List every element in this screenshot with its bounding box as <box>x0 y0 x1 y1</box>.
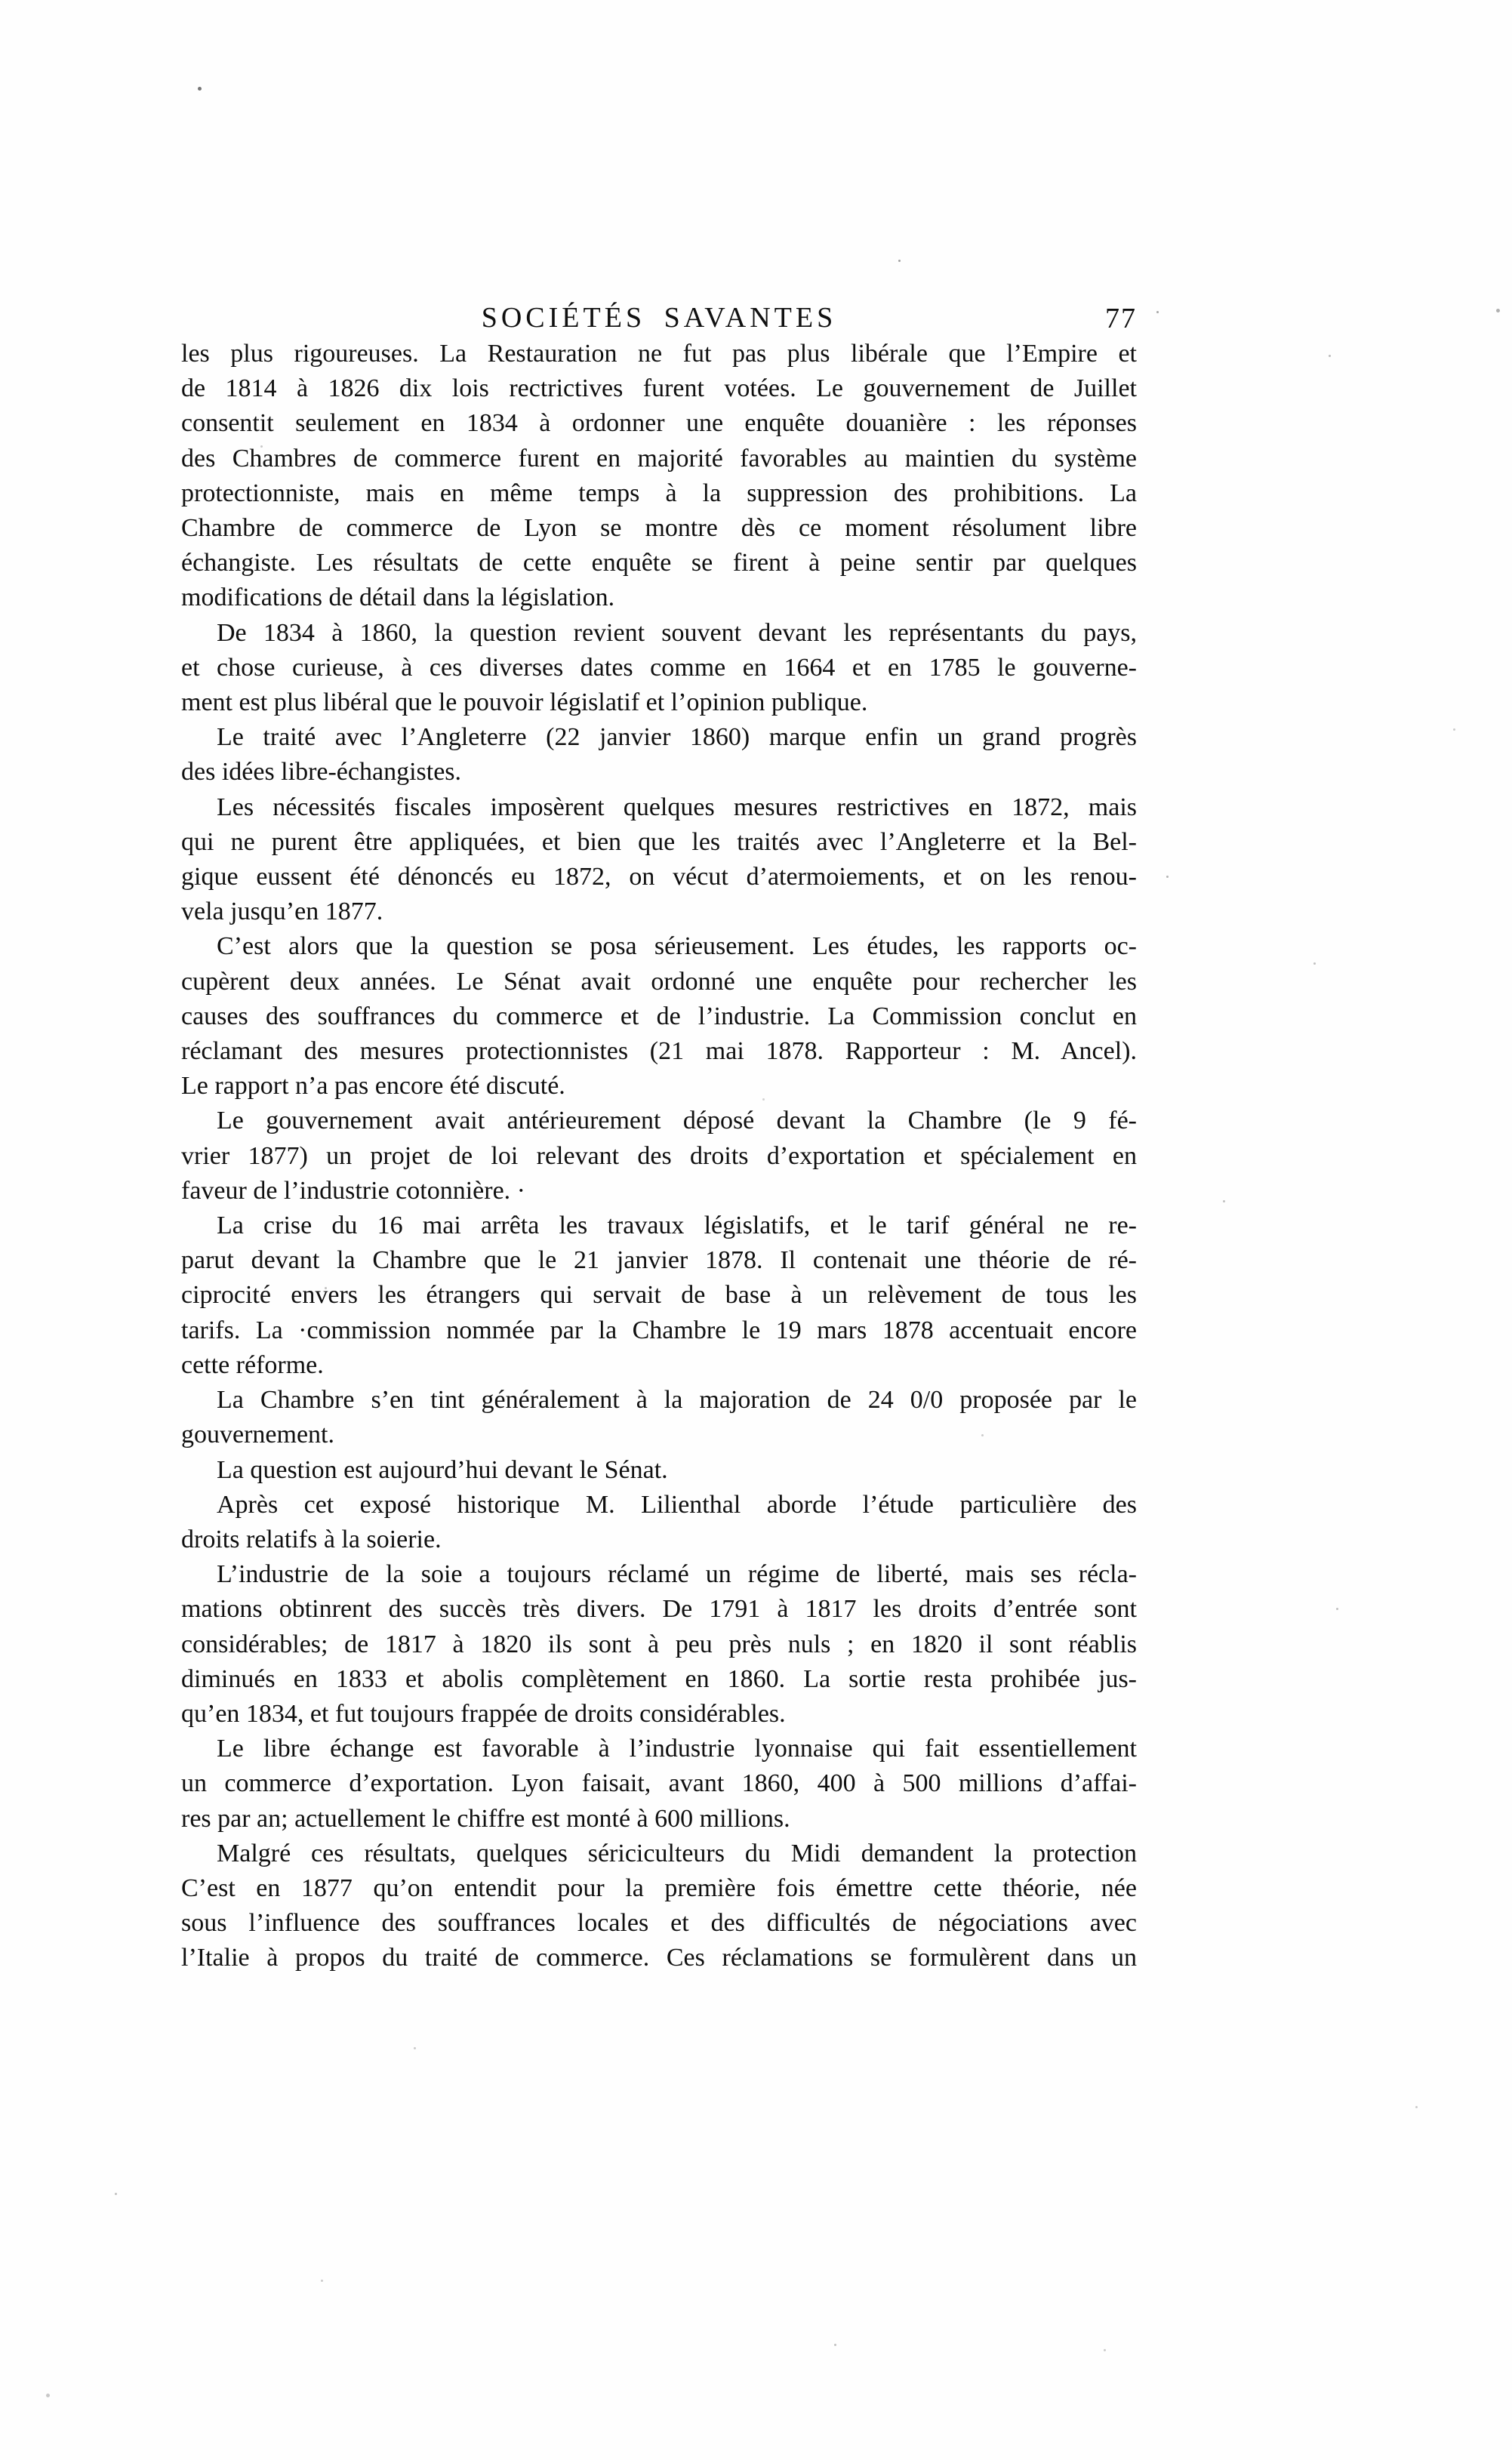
text-line: Chambre de commerce de Lyon se montre dè… <box>181 511 1137 546</box>
text-line: consentit seulement en 1834 à ordonner u… <box>181 406 1137 441</box>
text-line: vrier 1877) un projet de loi relevant de… <box>181 1139 1137 1174</box>
text-line: droits relatifs à la soierie. <box>181 1522 1137 1557</box>
text-line: Le libre échange est favorable à l’indus… <box>181 1732 1137 1766</box>
paragraph: L’industrie de la soie a toujours réclam… <box>181 1557 1137 1732</box>
paragraph: Malgré ces résultats, quelques séricicul… <box>181 1837 1137 1976</box>
paragraph: La question est aujourd’hui devant le Sé… <box>181 1453 1137 1488</box>
text-line: Le rapport n’a pas encore été discuté. <box>181 1069 1137 1104</box>
text-line: C’est en 1877 qu’on entendit pour la pre… <box>181 1871 1137 1906</box>
text-line: diminués en 1833 et abolis complètement … <box>181 1662 1137 1697</box>
paragraph: De 1834 à 1860, la question revient souv… <box>181 616 1137 721</box>
text-line: Le traité avec l’Angleterre (22 janvier … <box>181 720 1137 755</box>
text-line: un commerce d’exportation. Lyon faisait,… <box>181 1766 1137 1801</box>
text-line: l’Italie à propos du traité de commerce.… <box>181 1941 1137 1975</box>
text-line: les plus rigoureuses. La Restauration ne… <box>181 337 1137 371</box>
page-number: 77 <box>1105 302 1137 335</box>
text-line: qui ne purent être appliquées, et bien q… <box>181 825 1137 860</box>
paragraph: Le gouvernement avait antérieurement dép… <box>181 1104 1137 1208</box>
text-line: Malgré ces résultats, quelques séricicul… <box>181 1837 1137 1871</box>
text-line: échangiste. Les résultats de cette enquê… <box>181 546 1137 580</box>
paragraph: La crise du 16 mai arrêta les travaux lé… <box>181 1208 1137 1383</box>
text-line: C’est alors que la question se posa séri… <box>181 929 1137 964</box>
text-line: cupèrent deux années. Le Sénat avait ord… <box>181 965 1137 999</box>
text-line: gouvernement. <box>181 1418 1137 1452</box>
text-line: De 1834 à 1860, la question revient souv… <box>181 616 1137 651</box>
text-line: La question est aujourd’hui devant le Sé… <box>181 1453 1137 1488</box>
text-line: tarifs. La ·commission nommée par la Cha… <box>181 1313 1137 1348</box>
text-block: les plus rigoureuses. La Restauration ne… <box>181 337 1137 1976</box>
text-line: Le gouvernement avait antérieurement dép… <box>181 1104 1137 1138</box>
paragraph: Le libre échange est favorable à l’indus… <box>181 1732 1137 1837</box>
text-line: et chose curieuse, à ces diverses dates … <box>181 651 1137 685</box>
text-line: parut devant la Chambre que le 21 janvie… <box>181 1243 1137 1278</box>
text-line: La Chambre s’en tint généralement à la m… <box>181 1383 1137 1418</box>
text-line: res par an; actuellement le chiffre est … <box>181 1802 1137 1837</box>
paragraph: Après cet exposé historique M. Lilientha… <box>181 1488 1137 1557</box>
text-line: La crise du 16 mai arrêta les travaux lé… <box>181 1208 1137 1243</box>
text-line: cette réforme. <box>181 1348 1137 1383</box>
text-line: L’industrie de la soie a toujours réclam… <box>181 1557 1137 1592</box>
text-line: Les nécessités fiscales imposèrent quelq… <box>181 790 1137 825</box>
text-line: des Chambres de commerce furent en major… <box>181 442 1137 476</box>
text-line: des idées libre-échangistes. <box>181 755 1137 790</box>
text-line: réclamant des mesures protectionnistes (… <box>181 1034 1137 1069</box>
paragraph: La Chambre s’en tint généralement à la m… <box>181 1383 1137 1452</box>
text-line: causes des souffrances du commerce et de… <box>181 999 1137 1034</box>
scanned-book-page: SOCIÉTÉS SAVANTES 77 les plus rigoureuse… <box>0 0 1512 2460</box>
text-line: vela jusqu’en 1877. <box>181 894 1137 929</box>
paragraph: C’est alors que la question se posa séri… <box>181 929 1137 1104</box>
text-line: de 1814 à 1826 dix lois rectrictives fur… <box>181 371 1137 406</box>
text-line: faveur de l’industrie cotonnière. · <box>181 1174 1137 1208</box>
text-line: mations obtinrent des succès très divers… <box>181 1592 1137 1627</box>
text-line: modifications de détail dans la législat… <box>181 580 1137 615</box>
text-line: gique eussent été dénoncés eu 1872, on v… <box>181 860 1137 894</box>
scan-noise-specks <box>0 0 2 2</box>
text-line: considérables; de 1817 à 1820 ils sont à… <box>181 1627 1137 1662</box>
page-header: SOCIÉTÉS SAVANTES 77 <box>181 301 1137 339</box>
text-line: ment est plus libéral que le pouvoir lég… <box>181 685 1137 720</box>
text-line: protectionniste, mais en même temps à la… <box>181 476 1137 511</box>
paragraph: Le traité avec l’Angleterre (22 janvier … <box>181 720 1137 790</box>
text-line: ciprocité envers les étrangers qui serva… <box>181 1278 1137 1313</box>
text-line: sous l’influence des souffrances locales… <box>181 1906 1137 1941</box>
text-line: qu’en 1834, et fut toujours frappée de d… <box>181 1697 1137 1732</box>
paragraph: Les nécessités fiscales imposèrent quelq… <box>181 790 1137 930</box>
text-line: Après cet exposé historique M. Lilientha… <box>181 1488 1137 1522</box>
paragraph: les plus rigoureuses. La Restauration ne… <box>181 337 1137 616</box>
page-title: SOCIÉTÉS SAVANTES <box>181 301 1137 334</box>
